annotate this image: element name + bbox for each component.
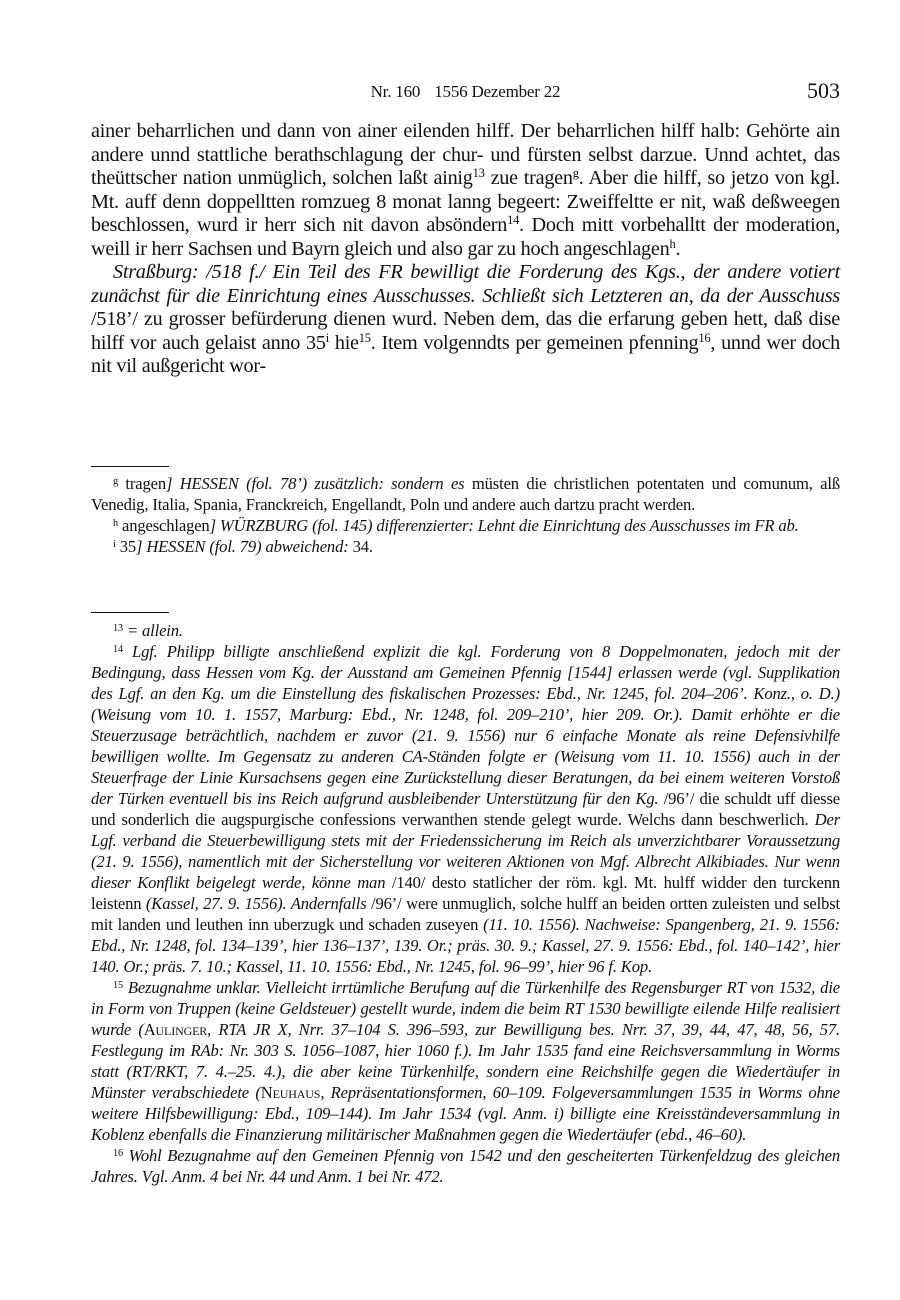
footnote-ref-16[interactable]: 16 xyxy=(698,331,710,345)
author-name: Aulinger xyxy=(144,1020,207,1039)
folio-marker: /518’/ xyxy=(91,308,138,330)
main-text: ainer beharrlichen und dann von ainer ei… xyxy=(91,120,840,379)
paragraph-strassburg: Straßburg: /518 f./ Ein Teil des FR bewi… xyxy=(91,261,840,379)
commentary-divider xyxy=(91,612,169,613)
author-name: Neuhaus xyxy=(261,1083,321,1102)
apparatus-note-i: i 35] HESSEN (fol. 79) abweichend: 34. xyxy=(91,536,840,557)
running-head: Nr. 1601556 Dezember 22 xyxy=(91,82,840,102)
folio-marker: /140/ xyxy=(392,873,425,892)
editorial-summary: Straßburg: /518 f./ Ein Teil des FR bewi… xyxy=(91,261,840,307)
apparatus-divider xyxy=(91,466,169,467)
critical-apparatus: g tragen] HESSEN (fol. 78’) zusätzlich: … xyxy=(91,473,840,557)
footnote-15: 15 Bezugnahme unklar. Vielleicht irrtüml… xyxy=(91,977,840,1145)
paragraph-1: ainer beharrlichen und dann von ainer ei… xyxy=(91,120,840,261)
apparatus-note-h: h angeschlagen] WÜRZBURG (fol. 145) diff… xyxy=(91,515,840,536)
apparatus-note-g: g tragen] HESSEN (fol. 78’) zusätzlich: … xyxy=(91,473,840,515)
folio-marker: /96’/ xyxy=(664,789,695,808)
footnote-13: 13 = allein. xyxy=(91,620,840,641)
document-date: 1556 Dezember 22 xyxy=(434,82,560,101)
footnote-ref-13[interactable]: 13 xyxy=(473,166,485,180)
commentary-notes: 13 = allein. 14 Lgf. Philipp billigte an… xyxy=(91,620,840,1187)
document-number: Nr. 160 xyxy=(371,82,421,101)
footnote-14: 14 Lgf. Philipp billigte anschließend ex… xyxy=(91,641,840,977)
page-header: Nr. 1601556 Dezember 22 503 xyxy=(91,78,840,106)
page-number: 503 xyxy=(807,78,840,104)
folio-marker: /96’/ xyxy=(371,894,402,913)
footnote-16: 16 Wohl Bezugnahme auf den Gemeinen Pfen… xyxy=(91,1145,840,1187)
footnote-ref-14[interactable]: 14 xyxy=(507,213,519,227)
footnote-ref-15[interactable]: 15 xyxy=(359,331,371,345)
